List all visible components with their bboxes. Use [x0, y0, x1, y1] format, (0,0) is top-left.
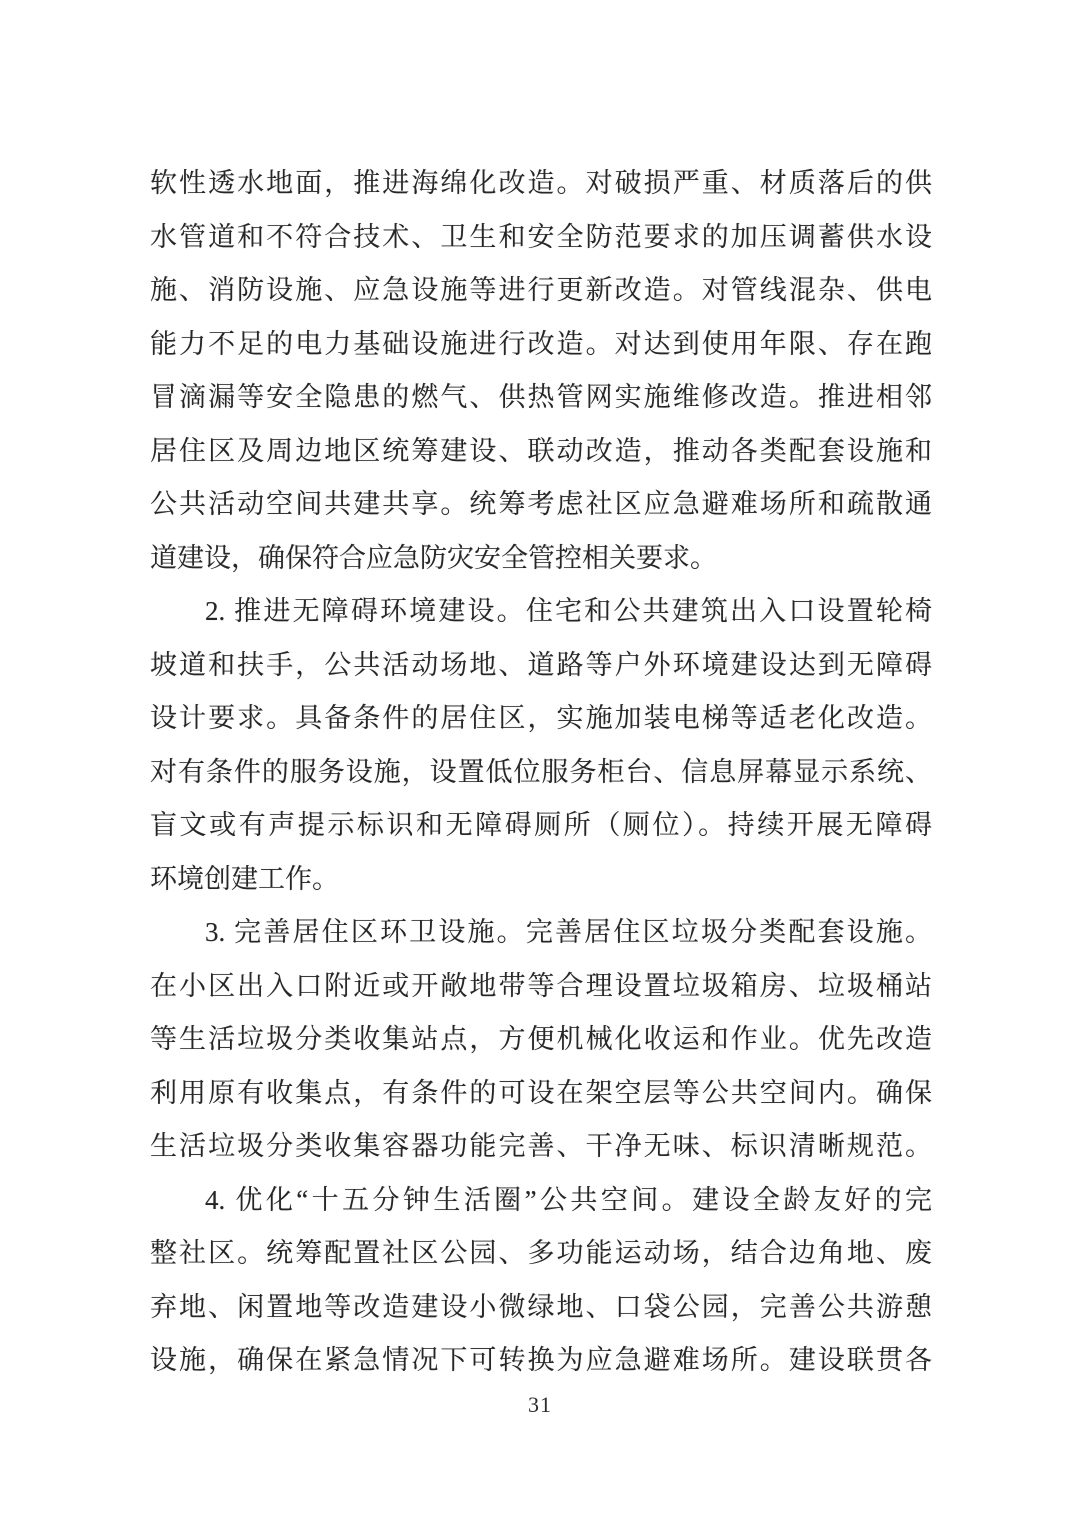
text-line: 能力不足的电力基础设施进行改造。对达到使用年限、存在跑	[150, 318, 932, 372]
text-line: 整社区。统筹配置社区公园、多功能运动场，结合边角地、废	[150, 1227, 932, 1281]
text-line: 2. 推进无障碍环境建设。住宅和公共建筑出入口设置轮椅	[150, 585, 932, 639]
text-line: 利用原有收集点，有条件的可设在架空层等公共空间内。确保	[150, 1067, 932, 1121]
text-line: 弃地、闲置地等改造建设小微绿地、口袋公园，完善公共游憩	[150, 1281, 932, 1335]
text-line: 道建设，确保符合应急防灾安全管控相关要求。	[150, 532, 932, 586]
text-line: 对有条件的服务设施，设置低位服务柜台、信息屏幕显示系统、	[150, 746, 932, 800]
text-line: 冒滴漏等安全隐患的燃气、供热管网实施维修改造。推进相邻	[150, 371, 932, 425]
text-line: 居住区及周边地区统筹建设、联动改造，推动各类配套设施和	[150, 425, 932, 479]
text-line: 环境创建工作。	[150, 853, 932, 907]
document-page: 软性透水地面，推进海绵化改造。对破损严重、材质落后的供 水管道和不符合技术、卫生…	[0, 0, 1080, 1527]
text-line: 公共活动空间共建共享。统筹考虑社区应急避难场所和疏散通	[150, 478, 932, 532]
text-line: 3. 完善居住区环卫设施。完善居住区垃圾分类配套设施。	[150, 906, 932, 960]
text-line: 等生活垃圾分类收集站点，方便机械化收运和作业。优先改造	[150, 1013, 932, 1067]
text-line: 4. 优化“十五分钟生活圈”公共空间。建设全龄友好的完	[150, 1174, 932, 1228]
page-number: 31	[0, 1390, 1080, 1420]
text-line: 设计要求。具备条件的居住区，实施加装电梯等适老化改造。	[150, 692, 932, 746]
text-line: 水管道和不符合技术、卫生和安全防范要求的加压调蓄供水设	[150, 211, 932, 265]
text-line: 施、消防设施、应急设施等进行更新改造。对管线混杂、供电	[150, 264, 932, 318]
text-line: 软性透水地面，推进海绵化改造。对破损严重、材质落后的供	[150, 157, 932, 211]
text-line: 生活垃圾分类收集容器功能完善、干净无味、标识清晰规范。	[150, 1120, 932, 1174]
text-line: 在小区出入口附近或开敞地带等合理设置垃圾箱房、垃圾桶站	[150, 960, 932, 1014]
text-line: 设施，确保在紧急情况下可转换为应急避难场所。建设联贯各	[150, 1334, 932, 1388]
document-body: 软性透水地面，推进海绵化改造。对破损严重、材质落后的供 水管道和不符合技术、卫生…	[150, 157, 932, 1388]
text-line: 盲文或有声提示标识和无障碍厕所（厕位）。持续开展无障碍	[150, 799, 932, 853]
text-line: 坡道和扶手，公共活动场地、道路等户外环境建设达到无障碍	[150, 639, 932, 693]
